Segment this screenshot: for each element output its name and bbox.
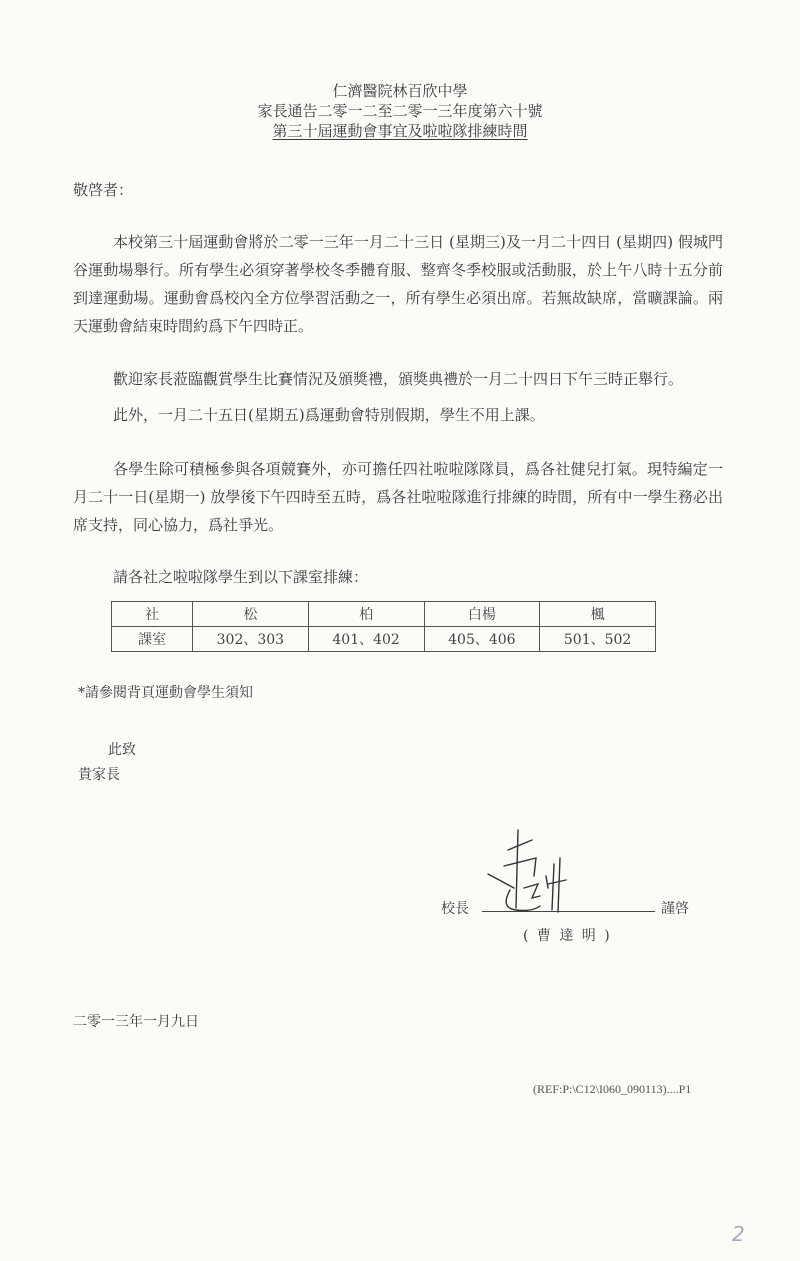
table-cell-row-label: 課室 (112, 627, 193, 652)
signoff: 謹啓 (661, 898, 689, 918)
table-cell-house: 楓 (540, 602, 656, 627)
closing-recipient: 貴家長 (78, 764, 120, 784)
notice-subject: 第三十屆運動會事宜及啦啦隊排練時間 (0, 121, 800, 141)
paragraph-sports-day: 本校第三十屆運動會將於二零一三年一月二十三日 (星期三)及一月二十四日 (星期四… (73, 228, 723, 340)
closing-line: 此致 (108, 739, 136, 759)
table-cell-house: 松 (193, 602, 309, 627)
table-cell-room: 405、406 (424, 627, 540, 652)
signature-scribble-icon (480, 828, 590, 918)
paragraph-holiday: 此外，一月二十五日(星期五)爲運動會特別假期，學生不用上課。 (73, 403, 723, 427)
table-cell-room: 302、303 (193, 627, 309, 652)
handwritten-page-number: 2 (732, 1222, 745, 1246)
reference-code: (REF:P:\C12\I060_090113)....P1 (533, 1082, 691, 1097)
principal-title: 校長 (441, 898, 469, 918)
table-row: 課室 302、303 401、402 405、406 501、502 (112, 627, 656, 652)
notice-subject-text: 第三十屆運動會事宜及啦啦隊排練時間 (272, 122, 527, 140)
footnote: *請參閱背頁運動會學生須知 (78, 682, 253, 702)
principal-name: ( 曹 達 明 ) (523, 925, 612, 945)
school-name: 仁濟醫院林百欣中學 (0, 81, 800, 101)
notice-date: 二零一三年一月九日 (73, 1011, 199, 1031)
rehearsal-rooms-table: 社 松 柏 白楊 楓 課室 302、303 401、402 405、406 50… (111, 601, 656, 652)
table-cell-room: 401、402 (308, 627, 424, 652)
paragraph-prize-ceremony: 歡迎家長蒞臨觀賞學生比賽情況及頒獎禮，頒獎典禮於一月二十四日下午三時正舉行。 (73, 367, 723, 391)
table-cell-room: 501、502 (540, 627, 656, 652)
salutation: 敬啓者： (73, 178, 723, 202)
table-cell-header-label: 社 (112, 602, 193, 627)
paragraph-rooms-intro: 請各社之啦啦隊學生到以下課室排練： (73, 565, 723, 589)
table-header-row: 社 松 柏 白楊 楓 (112, 602, 656, 627)
table-cell-house: 柏 (308, 602, 424, 627)
paragraph-cheerleading: 各學生除可積極參與各項競賽外，亦可擔任四社啦啦隊隊員，爲各社健兒打氣。現特編定一… (73, 455, 723, 539)
table-cell-house: 白楊 (424, 602, 540, 627)
notice-number: 家長通告二零一二至二零一三年度第六十號 (0, 101, 800, 121)
